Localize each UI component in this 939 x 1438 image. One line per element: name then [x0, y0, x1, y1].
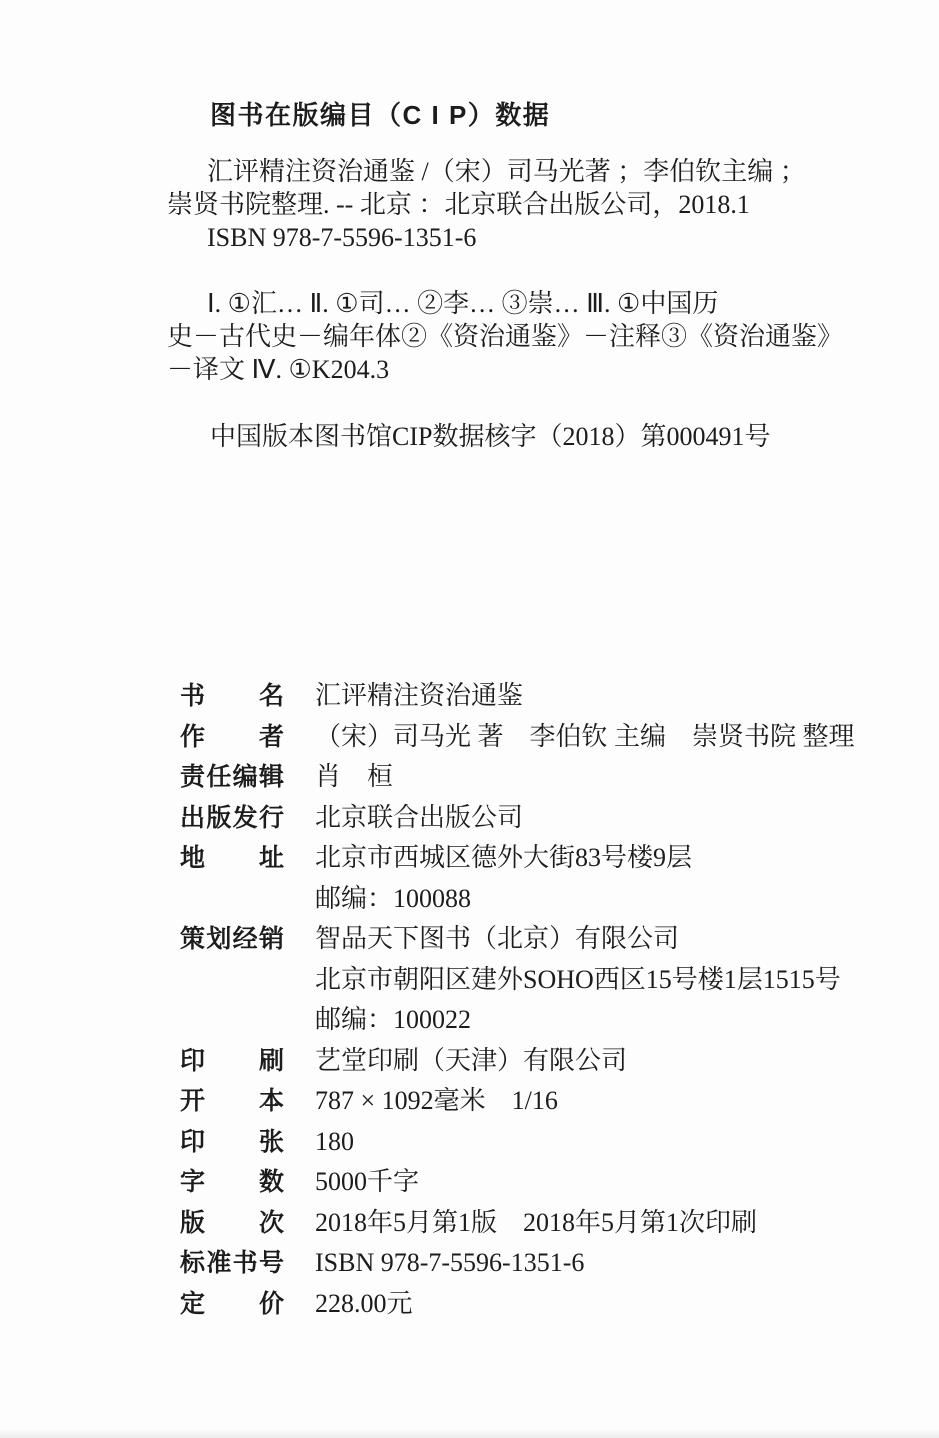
colophon-row-value: （宋）司马光 著 李伯钦 主编 崇贤书院 整理 — [315, 717, 855, 758]
colophon-row-value: 艺堂印刷（天津）有限公司 — [315, 1041, 627, 1082]
colophon-row-label: 作者 — [180, 717, 284, 758]
cip-record-number: 中国版本图书馆CIP数据核字（2018）第000491号 — [167, 420, 817, 453]
colophon-row: 定价 228.00元 — [180, 1284, 880, 1325]
cip-isbn-line: ISBN 978-7-5596-1351-6 — [167, 221, 817, 254]
colophon-row-value: ISBN 978-7-5596-1351-6 — [315, 1243, 584, 1284]
colophon-row-value: 5000千字 — [315, 1162, 419, 1203]
colophon-row-label: 地址 — [180, 838, 284, 879]
colophon-row-label: 印刷 — [180, 1041, 284, 1082]
colophon-row: 地址 北京市西城区德外大街83号楼9层 — [180, 838, 880, 879]
colophon-row: 出版发行 北京联合出版公司 — [180, 798, 880, 839]
cip-classification-line: 史－古代史－编年体②《资治通鉴》－注释③《资治通鉴》 — [167, 320, 817, 353]
colophon-row-label: 开本 — [180, 1081, 284, 1122]
colophon-row: 开本 787 × 1092毫米 1/16 — [180, 1081, 880, 1122]
colophon-row-value: 2018年5月第1版 2018年5月第1次印刷 — [315, 1203, 757, 1244]
colophon-row: 作者 （宋）司马光 著 李伯钦 主编 崇贤书院 整理 — [180, 717, 880, 758]
colophon-row-value: 228.00元 — [315, 1284, 413, 1325]
colophon-row-label: 版次 — [180, 1203, 284, 1244]
colophon-row-value: 北京市朝阳区建外SOHO西区15号楼1层1515号 — [315, 960, 841, 1001]
colophon-row-label — [180, 879, 284, 920]
colophon-list: 书名 汇评精注资治通鉴 作者 （宋）司马光 著 李伯钦 主编 崇贤书院 整理 责… — [180, 676, 880, 1324]
colophon-row: 版次 2018年5月第1版 2018年5月第1次印刷 — [180, 1203, 880, 1244]
colophon-row-label — [180, 1000, 284, 1041]
cip-classification-line: Ⅰ. ①汇… Ⅱ. ①司… ②李… ③崇… Ⅲ. ①中国历 — [167, 287, 817, 320]
colophon-row: 北京市朝阳区建外SOHO西区15号楼1层1515号 — [180, 960, 880, 1001]
colophon-row-label: 策划经销 — [180, 919, 284, 960]
colophon-row-value: 北京市西城区德外大街83号楼9层 — [315, 838, 692, 879]
colophon-row-value: 邮编：100088 — [315, 879, 471, 920]
cip-title: 图书在版编目（C I P）数据 — [210, 98, 817, 132]
colophon-row-value: 邮编：100022 — [315, 1000, 471, 1041]
cip-description-line: 崇贤书院整理. -- 北京 ：北京联合出版公司，2018.1 — [167, 188, 817, 221]
colophon-row: 印张 180 — [180, 1122, 880, 1163]
colophon-row: 邮编：100022 — [180, 1000, 880, 1041]
colophon-row-label: 出版发行 — [180, 798, 284, 839]
colophon-row-label — [180, 960, 284, 1001]
colophon-row: 标准书号 ISBN 978-7-5596-1351-6 — [180, 1243, 880, 1284]
colophon-row-value: 787 × 1092毫米 1/16 — [315, 1081, 558, 1122]
colophon-row-value: 180 — [315, 1122, 354, 1163]
cip-description-line: 汇评精注资治通鉴 /（宋）司马光著 ；李伯钦主编 ； — [167, 155, 817, 188]
colophon-row-label: 印张 — [180, 1122, 284, 1163]
colophon-row: 策划经销 智品天下图书（北京）有限公司 — [180, 919, 880, 960]
colophon-row-label: 字数 — [180, 1162, 284, 1203]
colophon-row-value: 肖 桓 — [315, 757, 393, 798]
colophon-row-value: 汇评精注资治通鉴 — [315, 676, 523, 717]
colophon-row-label: 标准书号 — [180, 1243, 284, 1284]
colophon-row: 责任编辑 肖 桓 — [180, 757, 880, 798]
colophon-row: 邮编：100088 — [180, 879, 880, 920]
colophon-row: 印刷 艺堂印刷（天津）有限公司 — [180, 1041, 880, 1082]
colophon-row: 字数 5000千字 — [180, 1162, 880, 1203]
colophon-row: 书名 汇评精注资治通鉴 — [180, 676, 880, 717]
book-copyright-page: 图书在版编目（C I P）数据 汇评精注资治通鉴 /（宋）司马光著 ；李伯钦主编… — [0, 0, 939, 1438]
cip-notice-section: 图书在版编目（C I P）数据 汇评精注资治通鉴 /（宋）司马光著 ；李伯钦主编… — [167, 98, 817, 453]
colophon-row-label: 责任编辑 — [180, 757, 284, 798]
colophon-row-label: 书名 — [180, 676, 284, 717]
page-bottom-scan-edge — [0, 1429, 939, 1438]
colophon-row-label: 定价 — [180, 1284, 284, 1325]
cip-classification-line: －译文 Ⅳ. ①K204.3 — [167, 353, 817, 386]
colophon-row-value: 智品天下图书（北京）有限公司 — [315, 919, 679, 960]
colophon-row-value: 北京联合出版公司 — [315, 798, 523, 839]
